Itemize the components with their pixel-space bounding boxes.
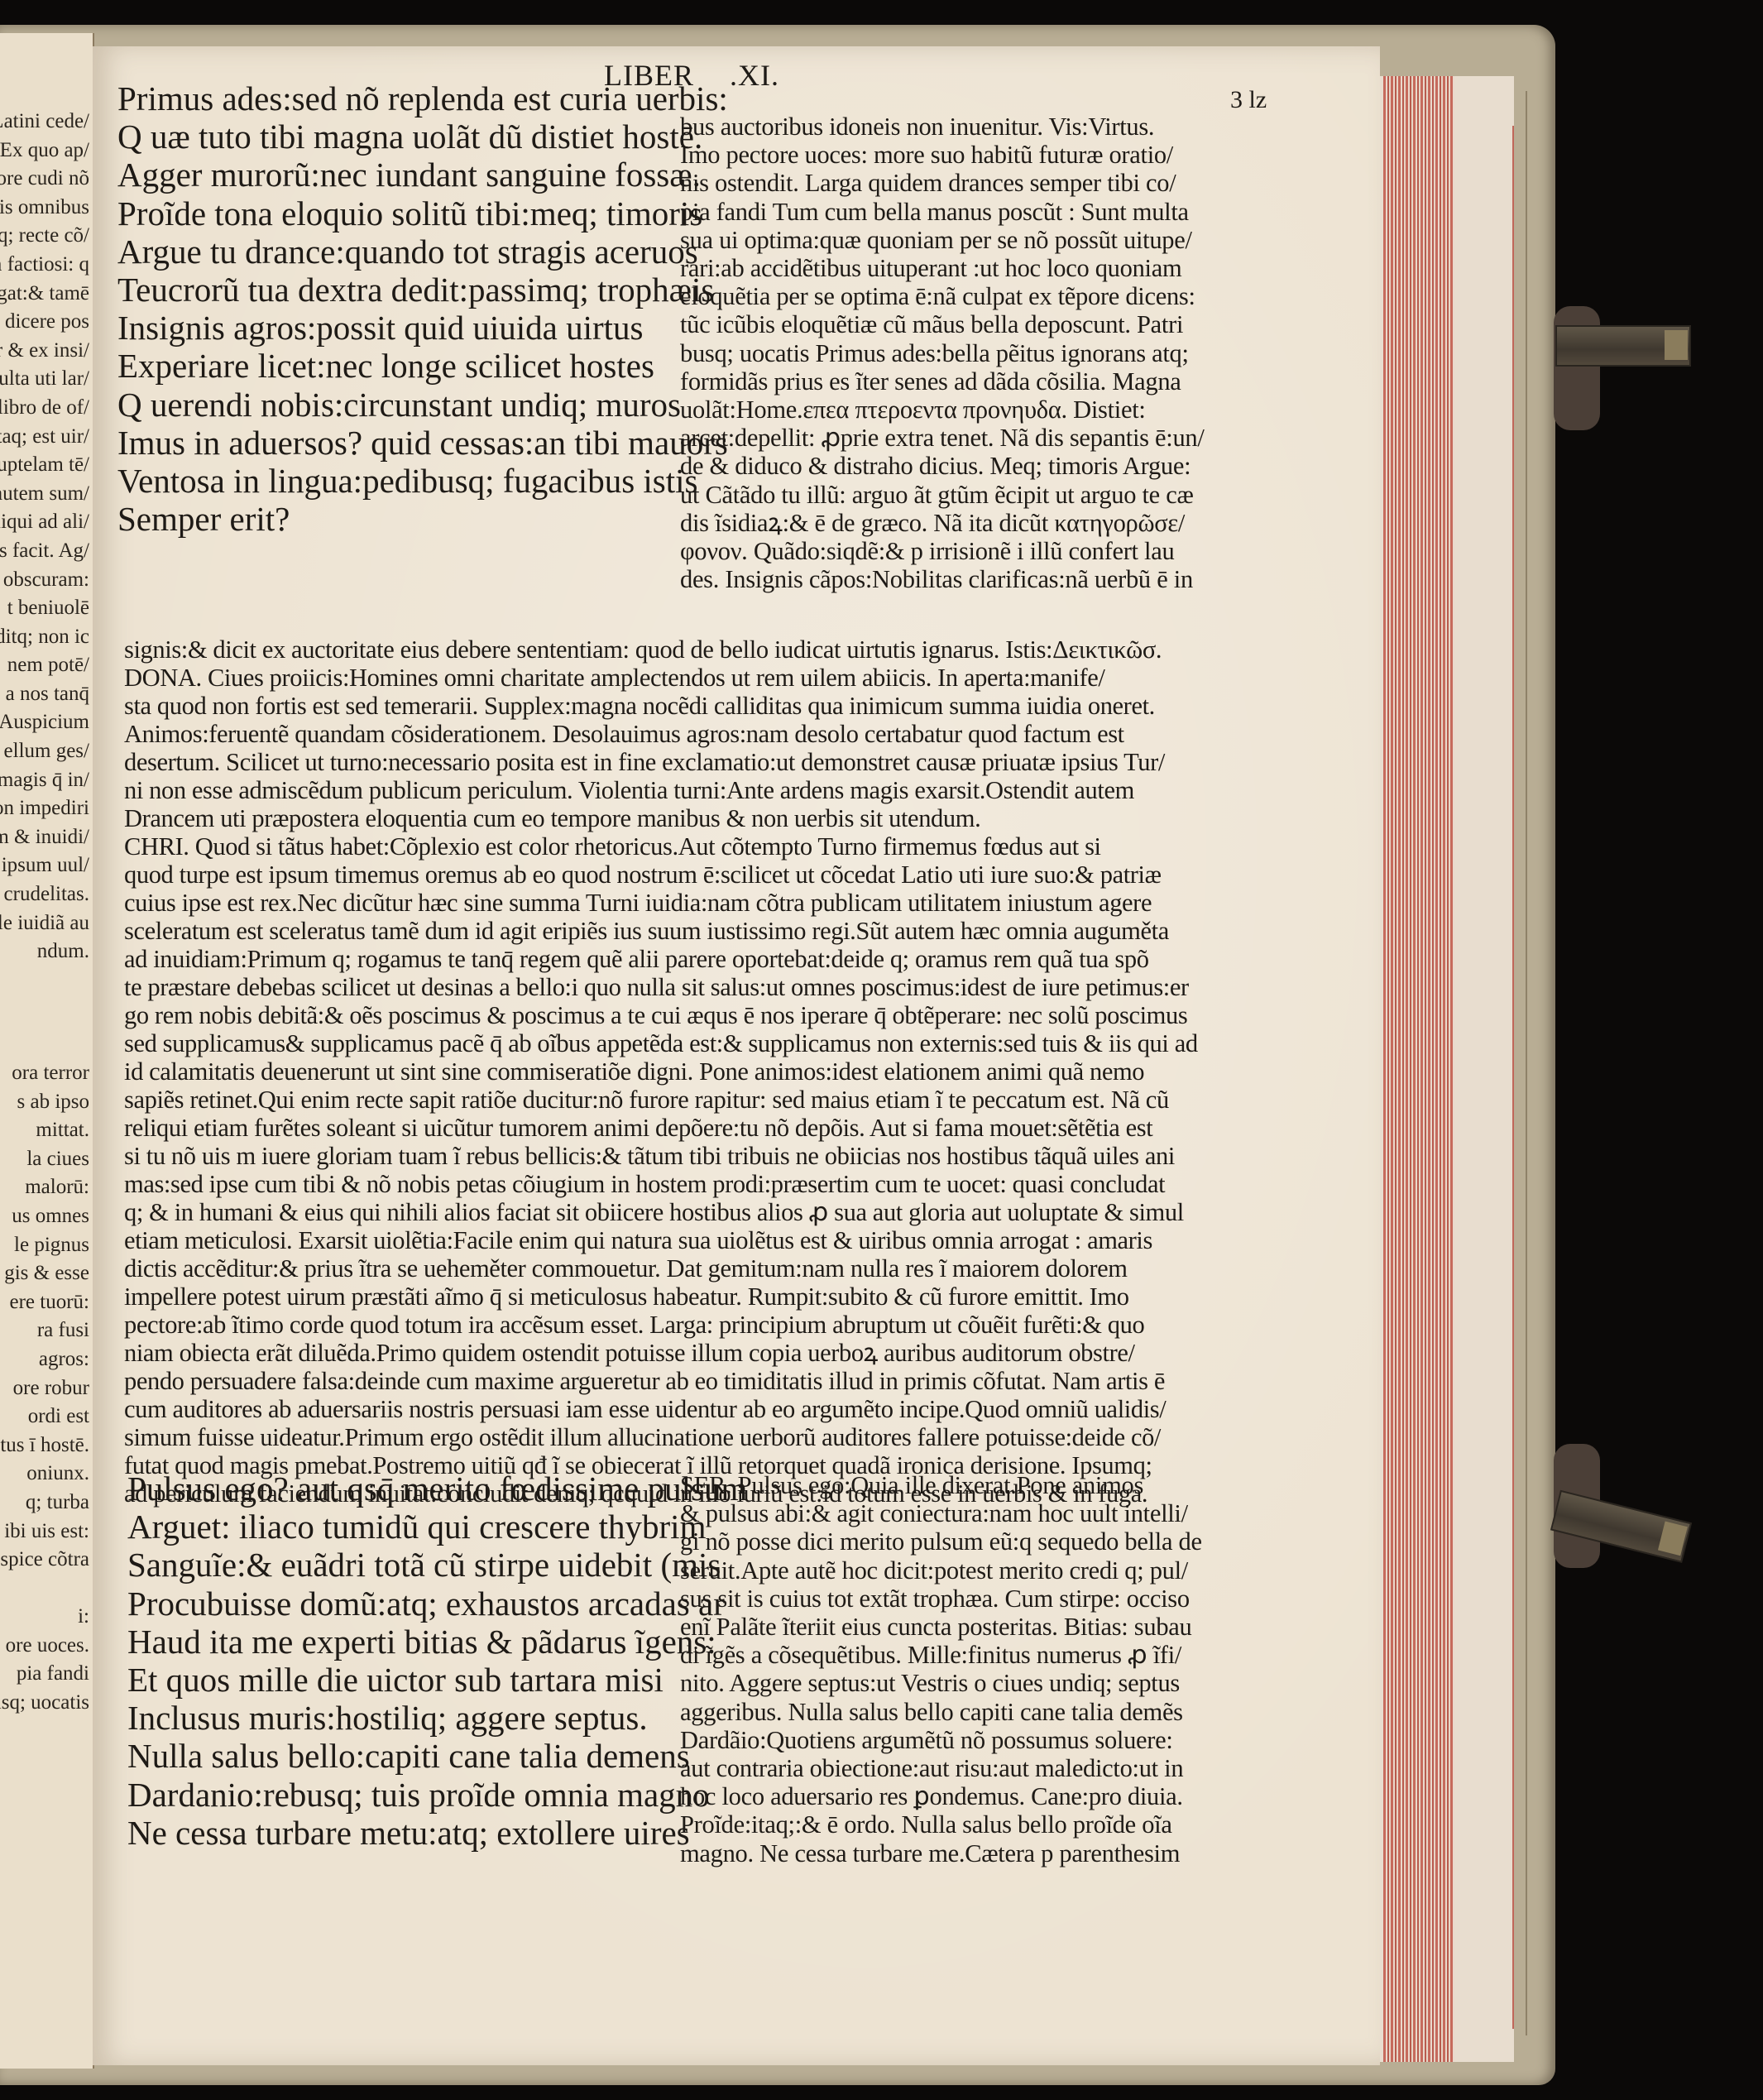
book-number: .XI. <box>730 58 779 93</box>
verse-line: Pulsus ego? aut qsq̄ merito fœdissime pu… <box>127 1470 747 1508</box>
commentary-line: nis ostendit. Larga quidem drances sempe… <box>680 169 1205 197</box>
commentary-line: rari:ab accidẽtibus uituperant :ut hoc l… <box>680 254 1205 282</box>
commentary-line: reliqui etiam furẽtes soleant si uicũtur… <box>124 1114 1198 1142</box>
commentary-line: CHRI. Quod si tãtus habet:Cõplexio est c… <box>124 832 1198 861</box>
left-fragment-line: ore robur <box>0 1374 89 1403</box>
commentary-line: bus auctoribus idoneis non inuenitur. Vi… <box>680 113 1205 141</box>
commentary-line: gi nõ posse dici merito pulsum eũ:q sequ… <box>680 1527 1202 1556</box>
verse-line: Q uæ tuto tibi magna uolãt dũ distiet ho… <box>117 117 728 156</box>
left-fragment-line: ere tuorū: <box>0 1288 89 1317</box>
left-fragment-line: t beniuolē <box>0 594 89 623</box>
left-fragment-line: oniunx. <box>0 1460 89 1489</box>
left-fragment-line: ruptelam tē/ <box>0 451 89 480</box>
commentary-line: desertum. Scilicet ut turno:necessario p… <box>124 748 1198 776</box>
left-fragment-line: on impediri <box>0 794 89 823</box>
verse-line: Experiare licet:nec longe scilicet hoste… <box>117 347 728 385</box>
commentary-line: sed supplicamus& supplicamus pacẽ q̄ ab … <box>124 1029 1198 1057</box>
commentary-line: & pulsus abi:& agit coniectura:nam hoc u… <box>680 1499 1202 1527</box>
left-fragment-line: itaq; recte cõ/ <box>0 222 89 251</box>
left-fragment-line: a nos tanq̄ <box>0 680 89 709</box>
commentary-line: pectore:ab ĩtimo corde quod totum ira ac… <box>124 1311 1198 1339</box>
left-fragment-line: autem sum/ <box>0 480 89 509</box>
verse-line: Proĩde tona eloquio solitũ tibi:meq; tim… <box>117 194 728 233</box>
verse-line: Inclusus muris:hostiliq; aggere septus. <box>127 1699 747 1737</box>
left-fragment-line: Auspicium <box>0 708 89 737</box>
verse-line: Semper erit? <box>117 500 728 538</box>
commentary-line: Imo pectore uoces: more suo habitũ futur… <box>680 141 1205 169</box>
commentary-line: q; & in humani & eius qui nihili alios f… <box>124 1198 1198 1226</box>
verse-line: Et quos mille die uictor sub tartara mis… <box>127 1661 747 1699</box>
commentary-line: quod turpe est ipsum timemus oremus ab e… <box>124 861 1198 889</box>
book-page: LIBER .XI. 3 lz Primus ades:sed nõ reple… <box>93 46 1380 2065</box>
commentary-line: eloquẽtia per se optima ē:nã culpat ex t… <box>680 282 1205 310</box>
left-fragment-line: nulta uti lar/ <box>0 365 89 394</box>
commentary-line: sapiẽs retinet.Qui enim recte sapit rati… <box>124 1086 1198 1114</box>
verse-line: Dardanio:rebusq; tuis proĩde omnia magno <box>127 1776 747 1814</box>
left-fragment-line: am factiosi: q <box>0 251 89 280</box>
commentary-line: dictis accẽditur:& prius ĩtra se uehemět… <box>124 1254 1198 1283</box>
commentary-line: ad inuidiam:Primum q; rogamus te tanq̄ r… <box>124 945 1198 973</box>
left-page-text-fragment-lower: ora terrors ab ipsomittat.la ciuesmalorū… <box>0 1059 89 1718</box>
verse-block-top: Primus ades:sed nõ replenda est curia ue… <box>117 79 728 538</box>
left-fragment-line: en. Ex quo ap/ <box>0 137 89 165</box>
commentary-line: impellere potest uirum præstãti aĩmo q̄ … <box>124 1283 1198 1311</box>
left-fragment-line: n libro de of/ <box>0 394 89 423</box>
left-fragment-line: obscuram: <box>0 566 89 595</box>
verse-block-bottom: Pulsus ego? aut qsq̄ merito fœdissime pu… <box>127 1470 747 1852</box>
verse-line: Q uerendi nobis:circunstant undiq; muros <box>117 386 728 424</box>
commentary-line: cuius ipse est rex.Nec dicũtur hæc sine … <box>124 889 1198 917</box>
left-fragment-line: magis q̄ in/ <box>0 766 89 795</box>
verse-line: Primus ades:sed nõ replenda est curia ue… <box>117 79 728 117</box>
commentary-line: busq; uocatis Primus ades:bella pẽitus i… <box>680 339 1205 367</box>
left-fragment-line: nem potē/ <box>0 651 89 680</box>
left-fragment-line <box>0 1575 89 1604</box>
left-fragment-line: t itaq; est uir/ <box>0 423 89 452</box>
commentary-line: simum fuisse uideatur.Primum ergo ostẽdi… <box>124 1423 1198 1451</box>
commentary-line: ni non esse admiscẽdum publicum periculu… <box>124 776 1198 804</box>
commentary-line: hoc loco aduersario res ꝑondemus. Cane:p… <box>680 1782 1202 1810</box>
commentary-line: Dardãio:Quotiens argumẽtũ nõ possumus so… <box>680 1726 1202 1754</box>
verse-line: Insignis agros:possit quid uiuida uirtus <box>117 309 728 347</box>
red-edge-stain <box>1383 76 1454 2062</box>
left-fragment-line: re crudelitas. <box>0 880 89 909</box>
left-fragment-line: rigat:& tamē <box>0 280 89 309</box>
verse-line: Imus in aduersos? quid cessas:an tibi ma… <box>117 424 728 462</box>
left-fragment-line: ellum ges/ <box>0 737 89 766</box>
left-fragment-line: ra fusi <box>0 1316 89 1345</box>
left-fragment-line: eliqui ad ali/ <box>0 508 89 537</box>
left-fragment-line: i: <box>0 1603 89 1632</box>
commentary-line: sceleratum est sceleratus tamẽ dum id ag… <box>124 917 1198 945</box>
left-fragment-line: ore uoces. <box>0 1632 89 1661</box>
verse-line: Teucrorũ tua dextra dedit:passimq; troph… <box>117 271 728 309</box>
left-fragment-line: ora terror <box>0 1059 89 1088</box>
commentary-line: seruit.Apte autẽ hoc dicit:potest merito… <box>680 1556 1202 1585</box>
left-fragment-line: diã dicere pos <box>0 308 89 337</box>
verse-line: Haud ita me experti bitias & pãdarus ĩge… <box>127 1623 747 1661</box>
commentary-line: magno. Ne cessa turbare me.Cætera p pare… <box>680 1839 1202 1867</box>
commentary-line: niam obiecta erãt diluẽda.Primo quidem o… <box>124 1339 1198 1367</box>
left-fragment-line: agros: <box>0 1345 89 1374</box>
commentary-line: sua ui optima:quæ quoniam per se nõ poss… <box>680 226 1205 254</box>
commentary-line: si tu nõ uis m iuere gloriam tuam ĩ rebu… <box>124 1142 1198 1170</box>
commentary-line: φονον. Quãdo:siqdẽ:& p irrisionẽ i illũ … <box>680 537 1205 565</box>
commentary-line: pia fandi Tum cum bella manus poscũt : S… <box>680 198 1205 226</box>
commentary-line: Animos:feruentẽ quandam cõsiderationem. … <box>124 720 1198 748</box>
left-fragment-line: gis & esse <box>0 1259 89 1288</box>
left-page-edge: a Latini cede/en. Ex quo ap/ebore cudi n… <box>0 33 94 2069</box>
commentary-line: cum auditores ab aduersariis nostris per… <box>124 1395 1198 1423</box>
left-fragment-line: a Latini cede/ <box>0 108 89 137</box>
commentary-line: Drancem uti præpostera eloquentia cum eo… <box>124 804 1198 832</box>
left-fragment-line: spice cõtra <box>0 1546 89 1575</box>
left-fragment-line: tur & ex insi/ <box>0 337 89 366</box>
fore-edge <box>1373 76 1514 2062</box>
left-fragment-line: mittat. <box>0 1116 89 1145</box>
left-fragment-line: malorū: <box>0 1173 89 1202</box>
commentary-line: ut Cãtãdo tu illũ: arguo ãt gtũm ẽcipit … <box>680 481 1205 509</box>
left-fragment-line: ī ipsum uul/ <box>0 851 89 880</box>
left-fragment-line: ndum. <box>0 937 89 966</box>
left-fragment-line: s facit. Ag/ <box>0 537 89 566</box>
commentary-line: sta quod non fortis est sed temerarii. S… <box>124 692 1198 720</box>
commentary-line: enĩ Palãte ĩteriit eius cuncta posterita… <box>680 1613 1202 1641</box>
commentary-line: pendo persuadere falsa:deinde cum maxime… <box>124 1367 1198 1395</box>
commentary-line: dis ĩsidiaꝝ:& ē de græco. Nã ita dicũt κ… <box>680 509 1205 537</box>
commentary-full-width: signis:& dicit ex auctoritate eius deber… <box>124 635 1198 1508</box>
commentary-line: nito. Aggere septus:ut Vestris o ciues u… <box>680 1669 1202 1697</box>
commentary-line: des. Insignis cãpos:Nobilitas clarificas… <box>680 565 1205 593</box>
left-fragment-line: le pignus <box>0 1231 89 1260</box>
left-fragment-line: otis omnibus <box>0 194 89 223</box>
left-fragment-line: la ciues <box>0 1145 89 1174</box>
verse-line: Agger murorũ:nec iundant sanguine fossæ. <box>117 156 728 194</box>
left-page-text-fragment: a Latini cede/en. Ex quo ap/ebore cudi n… <box>0 108 89 966</box>
left-fragment-line: tus ī hostē. <box>0 1431 89 1460</box>
commentary-line: mas:sed ipse cum tibi & nõ nobis petas c… <box>124 1170 1198 1198</box>
commentary-column-bottom: SER. Pulsus ego:Quia ille dixerat.Pone a… <box>680 1471 1202 1867</box>
commentary-line: de & diduco & distraho dicius. Meq; timo… <box>680 452 1205 480</box>
verse-line: Nulla salus bello:capiti cane talia deme… <box>127 1737 747 1775</box>
left-fragment-line: m & inuidi/ <box>0 823 89 852</box>
commentary-line: id calamitatis deuenerunt ut sint sine c… <box>124 1057 1198 1086</box>
commentary-line: Proĩde:itaq;:& ē ordo. Nulla salus bello… <box>680 1810 1202 1839</box>
verse-line: Argue tu drance:quando tot stragis aceru… <box>117 233 728 271</box>
left-fragment-line: ebore cudi nõ <box>0 165 89 194</box>
clasp-metal-top-icon <box>1555 325 1691 367</box>
commentary-line: te præstare debebas scilicet ut desinas … <box>124 973 1198 1001</box>
verse-line: Sanguĩe:& euãdri totã cũ stirpe uidebit … <box>127 1546 747 1584</box>
verse-line: Arguet: iliaco tumidũ qui crescere thybr… <box>127 1508 747 1546</box>
commentary-line: di ĩgẽs a cõsequẽtibus. Mille:finitus nu… <box>680 1641 1202 1669</box>
commentary-line: DONA. Ciues proiicis:Homines omni charit… <box>124 664 1198 692</box>
commentary-line: SER. Pulsus ego:Quia ille dixerat.Pone a… <box>680 1471 1202 1499</box>
verse-line: Ne cessa turbare metu:atq; extollere uir… <box>127 1814 747 1852</box>
commentary-line: tũc icũbis eloquẽtiæ cũ mãus bella depos… <box>680 310 1205 338</box>
commentary-line: go rem nobis debitã:& oẽs poscimus & pos… <box>124 1001 1198 1029</box>
left-fragment-line: oole iuidiã au <box>0 909 89 938</box>
folio-number: 3 lz <box>1230 86 1267 114</box>
commentary-line: uolãt:Home.επεα πτεροεντα προνηυδα. Dist… <box>680 396 1205 424</box>
commentary-line: aggeribus. Nulla salus bello capiti cane… <box>680 1698 1202 1726</box>
left-fragment-line: s ab ipso <box>0 1088 89 1117</box>
left-fragment-line: q; turba <box>0 1489 89 1517</box>
commentary-line: sus sit is cuius tot extãt trophæa. Cum … <box>680 1585 1202 1613</box>
commentary-line: formidãs prius es ĩter senes ad dãda cõs… <box>680 367 1205 396</box>
commentary-line: etiam meticulosi. Exarsit uiolẽtia:Facil… <box>124 1226 1198 1254</box>
left-fragment-line: pia fandi <box>0 1660 89 1689</box>
verse-line: Ventosa in lingua:pedibusq; fugacibus is… <box>117 462 728 500</box>
verse-line: Procubuisse domũ:atq; exhaustos arcadas … <box>127 1585 747 1623</box>
left-fragment-line: ordi est <box>0 1402 89 1431</box>
left-fragment-line: ditq; non ic <box>0 623 89 652</box>
left-fragment-line: lsq; uocatis <box>0 1689 89 1718</box>
left-fragment-line: ibi uis est: <box>0 1517 89 1546</box>
left-fragment-line: us omnes <box>0 1202 89 1231</box>
commentary-line: arcet:depellit: ꝓprie extra tenet. Nã di… <box>680 424 1205 452</box>
cover-edge <box>1512 126 1514 2029</box>
commentary-line: signis:& dicit ex auctoritate eius deber… <box>124 635 1198 664</box>
commentary-column-top: bus auctoribus idoneis non inuenitur. Vi… <box>680 113 1205 593</box>
commentary-line: aut contraria obiectione:aut risu:aut ma… <box>680 1754 1202 1782</box>
